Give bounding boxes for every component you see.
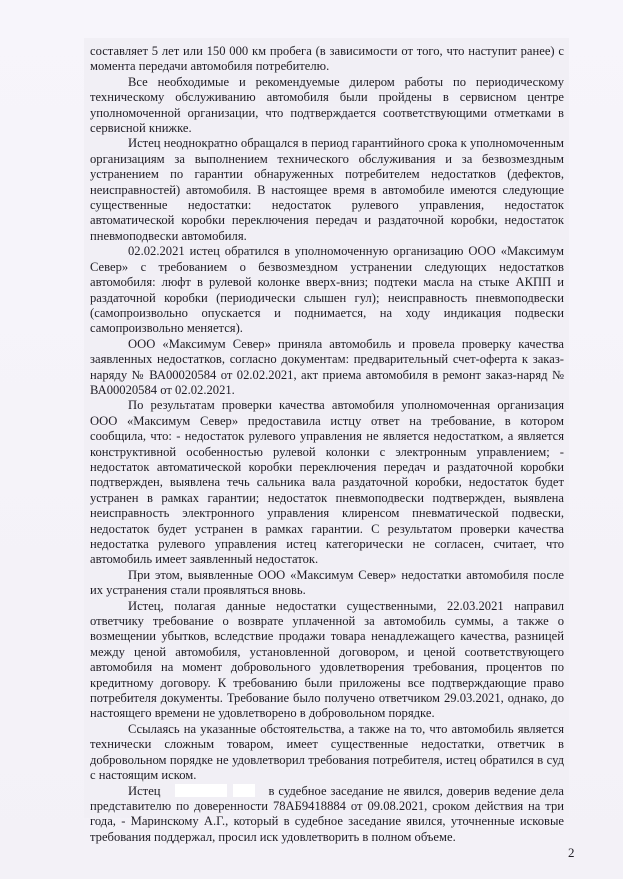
court-hearing-text: в судебное заседание не явился, доверив … — [90, 784, 564, 844]
paragraph-court-hearing: Истецв судебное заседание не явился, дов… — [90, 784, 564, 846]
redacted-name — [175, 784, 227, 797]
paragraph-refund-demand: Истец, полагая данные недостатки существ… — [90, 599, 564, 722]
paragraph-warranty-term: составляет 5 лет или 150 000 км пробега … — [90, 44, 564, 75]
paragraph-inspection: ООО «Максимум Север» приняла автомобиль … — [90, 337, 564, 399]
paragraph-defects: Истец неоднократно обращался в период га… — [90, 136, 564, 244]
paragraph-maintenance: Все необходимые и рекомендуемые дилером … — [90, 75, 564, 137]
document-page: составляет 5 лет или 150 000 км пробега … — [0, 0, 623, 879]
page-number: 2 — [568, 845, 575, 861]
redacted-initials — [233, 784, 255, 797]
paragraph-claim-0202: 02.02.2021 истец обратился в уполномочен… — [90, 244, 564, 336]
plaintiff-label: Истец — [128, 784, 161, 798]
paragraph-recurrence: При этом, выявленные ООО «Максимум Север… — [90, 568, 564, 599]
paragraph-inspection-results: По результатам проверки качества автомоб… — [90, 398, 564, 567]
document-body: составляет 5 лет или 150 000 км пробега … — [90, 44, 564, 845]
paragraph-lawsuit: Ссылаясь на указанные обстоятельства, а … — [90, 722, 564, 784]
